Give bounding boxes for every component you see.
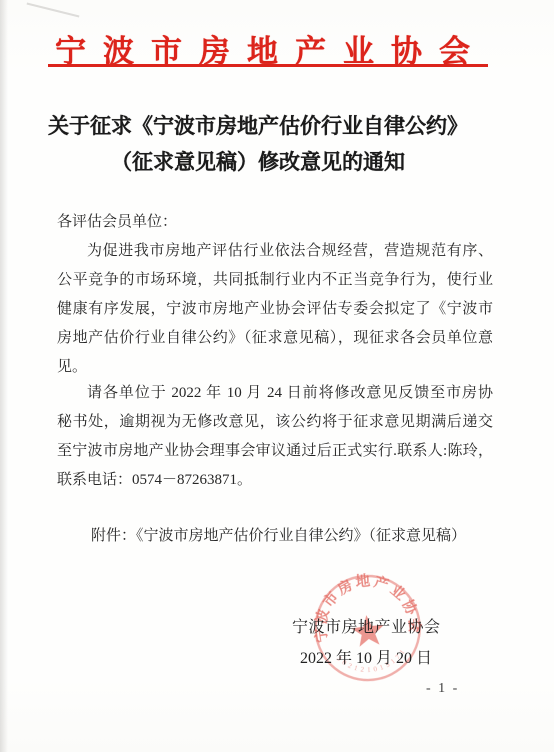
para1-line4: 房地产估价行业自律公约》（征求意见稿），现征求各会员单位意 [57, 324, 493, 353]
para2-line4: 联系电话：0574－87263871。 [57, 466, 493, 495]
body-paragraph-2: 请各单位于 2022 年 10 月 24 日前将修改意见反馈至市房协 秘书处，逾… [57, 379, 493, 495]
attachment-line: 附件：《宁波市房地产估价行业自律公约》（征求意见稿） [91, 522, 511, 551]
para2-line3: 至宁波市房地产业协会理事会审议通过后正式实行.联系人:陈玲， [57, 437, 493, 466]
letterhead-divider-rule [48, 64, 488, 67]
para2-line2: 秘书处，逾期视为无修改意见，该公约将于征求意见期满后递交 [57, 408, 493, 437]
para1-line1: 为促进我市房地产评估行业依法合规经营，营造规范有序、 [57, 237, 493, 266]
scan-corner-artifact [27, 2, 80, 17]
para2-line1: 请各单位于 2022 年 10 月 24 日前将修改意见反馈至市房协 [57, 379, 493, 408]
notice-title: 关于征求《宁波市房地产估价行业自律公约》 （征求意见稿）修改意见的通知 [40, 108, 476, 180]
notice-title-line2: （征求意见稿）修改意见的通知 [40, 144, 476, 180]
para1-line3: 健康有序发展，宁波市房地产业协会评估专委会拟定了《宁波市 [57, 295, 493, 324]
signature-date: 2022 年 10 月 20 日 [300, 645, 432, 668]
para1-line5: 见。 [57, 353, 493, 382]
para1-line2: 公平竞争的市场环境，共同抵制行业内不正当竞争行为，使行业 [57, 266, 493, 295]
scan-edge-artifact [0, 0, 8, 752]
scanned-notice-page: 宁波市房地产业协会 关于征求《宁波市房地产估价行业自律公约》 （征求意见稿）修改… [0, 0, 554, 752]
salutation: 各评估会员单位： [57, 208, 493, 237]
notice-title-line1: 关于征求《宁波市房地产估价行业自律公约》 [40, 108, 476, 144]
body-paragraph-1: 各评估会员单位： 为促进我市房地产评估行业依法合规经营，营造规范有序、 公平竞争… [57, 208, 493, 382]
signature-org-name: 宁波市房地产业协会 [292, 614, 441, 637]
